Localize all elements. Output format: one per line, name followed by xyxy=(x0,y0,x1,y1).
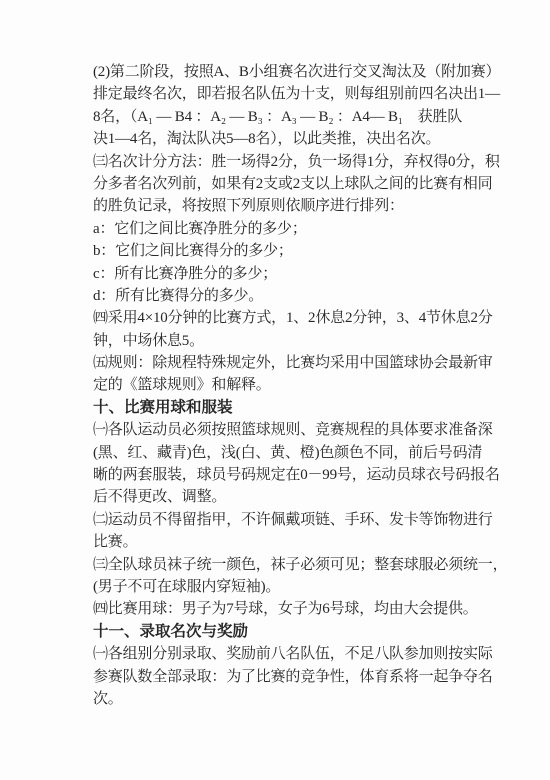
document-page: (2)第二阶段，按照A、B小组赛名次进行交叉淘汰及（附加赛） 排定最终名次，即若… xyxy=(0,0,550,780)
text-line: 次。 xyxy=(93,688,493,710)
text-line: 8名，（A₁ — B4 ：A₂ — B₃ ：A₃ — B₂ ：A4— B₁ 获胜… xyxy=(93,106,493,128)
text-line-rule-d: d：所有比赛得分的多少。 xyxy=(93,285,493,307)
text-line: 晰的两套服装，球员号码规定在0－99号，运动员球衣号码报名 xyxy=(93,464,493,486)
section-heading-ranking-and-awards: 十一、录取名次与奖励 xyxy=(93,621,493,643)
text-line: ㈢全队球员袜子统一颜色，袜子必须可见；整套球服必须统一， xyxy=(93,554,493,576)
text-line: 的胜负记录，将按照下列原则依顺序进行排列： xyxy=(93,195,493,217)
text-line: ㈡运动员不得留指甲，不许佩戴项链、手环、发卡等饰物进行 xyxy=(93,509,493,531)
text-line: ㈠各组别分别录取、奖励前八名队伍，不足八队参加则按实际 xyxy=(93,643,493,665)
text-line: ㈢名次计分方法：胜一场得2分，负一场得1分，弃权得0分，积 xyxy=(93,151,493,173)
text-line-rule-a: a：它们之间比赛净胜分的多少； xyxy=(93,218,493,240)
section-heading-balls-and-uniforms: 十、比赛用球和服装 xyxy=(93,397,493,419)
text-line: ㈣采用4×10分钟的比赛方式，1、2休息2分钟，3、4节休息2分 xyxy=(93,307,493,329)
text-line: ㈣比赛用球：男子为7号球，女子为6号球，均由大会提供。 xyxy=(93,598,493,620)
text-line-rule-b: b：它们之间比赛得分的多少； xyxy=(93,240,493,262)
text-line: ㈠各队运动员必须按照篮球规则、竞赛规程的具体要求准备深 xyxy=(93,419,493,441)
text-line: 比赛。 xyxy=(93,531,493,553)
text-line: (男子不可在球服内穿短袖)。 xyxy=(93,576,493,598)
text-line: 定的《篮球规则》和解释。 xyxy=(93,374,493,396)
text-line: 钟，中场休息5。 xyxy=(93,330,493,352)
text-line: (黑、红、藏青)色，浅(白、黄、橙)色颜色不同，前后号码清 xyxy=(93,442,493,464)
text-line: 分多者名次列前，如果有2支或2支以上球队之间的比赛有相同 xyxy=(93,173,493,195)
text-line: 参赛队数全部录取：为了比赛的竞争性，体育系将一起争夺名 xyxy=(93,666,493,688)
text-line: 排定最终名次，即若报名队伍为十支，则每组别前四名决出1— xyxy=(93,83,493,105)
text-line-rule-c: c：所有比赛净胜分的多少； xyxy=(93,263,493,285)
text-line: 决1—4名，淘汰队决5—8名），以此类推，决出名次。 xyxy=(93,128,493,150)
text-line: 后不得更改、调整。 xyxy=(93,486,493,508)
text-line: ㈤规则：除规程特殊规定外，比赛均采用中国篮球协会最新审 xyxy=(93,352,493,374)
document-text: (2)第二阶段，按照A、B小组赛名次进行交叉淘汰及（附加赛） 排定最终名次，即若… xyxy=(93,61,493,710)
text-line: (2)第二阶段，按照A、B小组赛名次进行交叉淘汰及（附加赛） xyxy=(93,61,493,83)
